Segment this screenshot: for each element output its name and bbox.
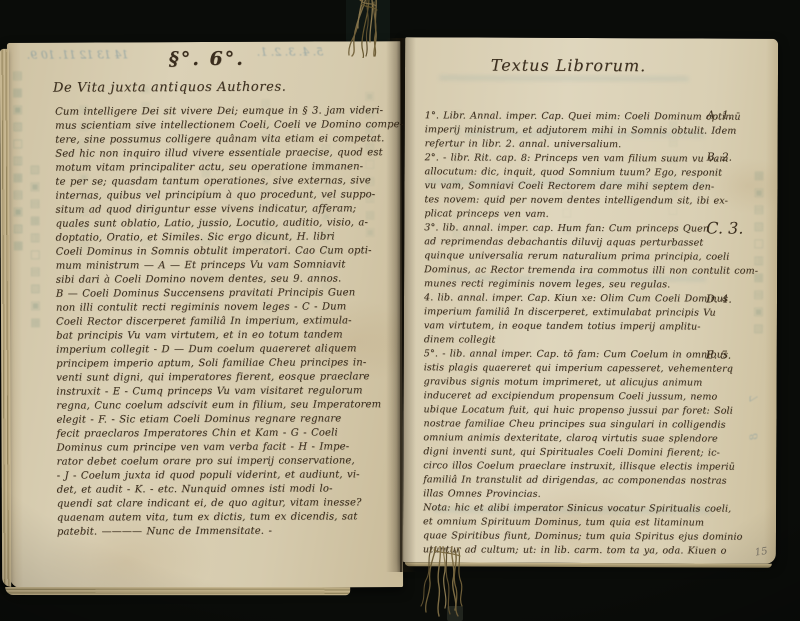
- margin-label-a1: A. 1.: [707, 109, 732, 122]
- left-page-title: De Vita juxta antiquos Authores.: [53, 80, 287, 96]
- photo-background: ▤▦▣▨□▥▦▤▣▨▦▨▣▤▦▥□▤▨▣▦▦▤▨□▣▥▤▦▨▣▦▥▤▨□▦▣▤▨…: [0, 0, 800, 621]
- left-page: ▤▦▣▨□▥▦▤▣▨▦▨▣▤▦▥□▤▨▣▦▦▤▨□▣▥▤▦▨▣▦▥▤▨□▦▣▤▨…: [7, 41, 403, 589]
- manuscript-line: 3°. lib. annal. imper. cap. Hum fan: Cum…: [424, 221, 744, 236]
- bleedthrough-chinese-column: ▨▣▤▦▥□▤▨▣▦: [28, 163, 42, 333]
- margin-label-b2: B. 2.: [707, 151, 733, 164]
- manuscript-line: imperium familiâ In discerperet, extimul…: [424, 305, 744, 320]
- spine-cloth-top: [346, 0, 390, 44]
- bleedthrough-chinese-columns-right: ▦▣▤▨□▥▦▤▣▨▤▨▦□▣▥▤▦▨▣▦▤□▦▥▨▦▤▣▨▥□▤▦: [405, 37, 778, 39]
- manuscript-line: Coeli Dominus in Somnis obtulit imperato…: [56, 244, 396, 259]
- manuscript-line: imperij ministrum, et adjutorem mihi in …: [425, 123, 745, 138]
- manuscript-line: instruxit - E - Cumq princeps Vu vam vis…: [56, 384, 396, 399]
- manuscript-line: mus scientiam sive intellectionem Coeli,…: [55, 118, 395, 133]
- section-mark: §°. 6°.: [127, 48, 287, 71]
- right-page-title: Textus Librorum.: [405, 55, 732, 75]
- manuscript-line: vam virtutem, in eoque tandem totius imp…: [424, 319, 744, 334]
- manuscript-line: quinque universalia rerum naturalium pri…: [424, 249, 744, 264]
- manuscript-line: allocutum: dic, inquit, quod Somnium tuu…: [425, 165, 745, 180]
- manuscript-line: non illi contulit recti regiminis novem …: [56, 300, 396, 315]
- manuscript-line: principem imperio aptum, Soli familiae C…: [56, 356, 396, 371]
- manuscript-line: Sed hic non inquiro illud vivere essenti…: [55, 146, 395, 161]
- manuscript-line: munes recti regiminis novem leges, seu r…: [424, 277, 744, 292]
- manuscript-line: quales sunt oblatio, Latio, jussio, Locu…: [56, 216, 396, 231]
- manuscript-line: patebit. ———— Nunc de Immensitate. -: [57, 524, 397, 539]
- manuscript-line: quendi sat clare indicant ei, de quo agi…: [57, 496, 397, 511]
- page-edge-stack-bottom: [5, 587, 350, 595]
- manuscript-line: doptatio, Oratio, et Similes. Sic ergo d…: [56, 230, 396, 245]
- manuscript-line: te per se; quasdam tantum operationes, s…: [55, 174, 395, 189]
- bleedthrough-chinese-column: ▤▦▣▨□▥▦▤▣▨▦: [11, 69, 25, 256]
- bleedthrough-chinese-column: ▦▣▤▨□▥▦▤▣▨: [752, 169, 766, 339]
- manuscript-line: refertur in libr. 2. annal. universalium…: [425, 137, 745, 152]
- manuscript-line: elegit - F. - Sic etiam Coeli Dominus re…: [56, 412, 396, 427]
- left-page-text: Cum intelligere Dei sit vivere Dei; eumq…: [55, 104, 397, 539]
- manuscript-line: 4. lib. annal. imper. Cap. Kiun xe: Olim…: [424, 291, 744, 306]
- manuscript-line: Dominus, ac Rector tremenda ira commotus…: [424, 263, 744, 278]
- manuscript-line: gravibus signis motum imprimeret, ut ali…: [424, 375, 744, 390]
- bleedthrough-ghost-line: [439, 75, 689, 81]
- manuscript-line: rator debet coelum orare pro sui imperij…: [57, 454, 397, 469]
- manuscript-line: bat principis Vu vam virtutem, et in eo …: [56, 328, 396, 343]
- manuscript-line: regna, Cunc coelum adscivit eum in filiu…: [56, 398, 396, 413]
- manuscript-line: motum vitam principaliter actu, seu oper…: [55, 160, 395, 175]
- manuscript-line: det, et audit - K. - etc. Nunquid omnes …: [57, 482, 397, 497]
- manuscript-line: omnium animis dexteritate, claroq virtut…: [423, 431, 743, 446]
- margin-label-c3: C. 3.: [706, 219, 743, 238]
- manuscript-line: circo illos Coelum praeclare instruxit, …: [423, 459, 743, 474]
- manuscript-line: B — Coeli Dominus Succensens pravitati P…: [56, 286, 396, 301]
- bleedthrough-numbers: 7 8: [747, 395, 760, 455]
- right-page: ▦▣▤▨□▥▦▤▣▨▤▨▦□▣▥▤▦▨▣▦▤□▦▥▨▦▤▣▨▥□▤▦ 7 8 T…: [403, 37, 778, 564]
- manuscript-line: illas Omnes Provincias.: [423, 487, 743, 502]
- manuscript-line: induceret ad excipiendum propensum Coeli…: [424, 389, 744, 404]
- manuscript-line: 5°. - lib. annal imper. Cap. tō fam: Cum…: [424, 347, 744, 362]
- manuscript-line: digni inventi sunt, qui Spirituales Coel…: [423, 445, 743, 460]
- manuscript-line: et omnium Spirituum Dominus, tum quia es…: [423, 515, 743, 530]
- pencil-page-number: 15: [754, 546, 768, 559]
- right-page-text: 1°. Libr. Annal. imper. Cap. Quei mim: C…: [423, 109, 745, 558]
- manuscript-line: quaenam autem vita, tum ex dictis, tum e…: [57, 510, 397, 525]
- manuscript-line: tes novem: quid per novem dentes intelli…: [424, 193, 744, 208]
- manuscript-line: - J - Coelum juxta id quod populi videri…: [57, 468, 397, 483]
- manuscript-line: tere, sine possumus colligere quânam vit…: [55, 132, 395, 147]
- manuscript-line: 1°. Libr. Annal. imper. Cap. Quei mim: C…: [425, 109, 745, 124]
- manuscript-line: istis plagis quaereret qui imperium cape…: [424, 361, 744, 376]
- manuscript-line: quae Spiritibus fiunt, Dominus; tum quia…: [423, 529, 743, 544]
- manuscript-line: plicat princeps ven vam.: [424, 207, 744, 222]
- manuscript-line: Nota: hic et alibi imperator Sinicus voc…: [423, 501, 743, 516]
- bleedthrough-chinese-columns-left: ▤▦▣▨□▥▦▤▣▨▦▨▣▤▦▥□▤▨▣▦▦▤▨□▣▥▤▦▨▣▦▥▤▨□▦▣▤▨…: [7, 41, 401, 43]
- manuscript-line: Coeli Rector discerperet familiâ In impe…: [56, 314, 396, 329]
- page-edge-stack-left: [0, 49, 11, 587]
- manuscript-line: ad reprimendas debachantis diluvij aquas…: [424, 235, 744, 250]
- manuscript-line: venti sunt digni, qui imperatores fieren…: [56, 370, 396, 385]
- manuscript-line: internas, quibus vel principium à quo pr…: [55, 188, 395, 203]
- margin-label-d4: D. 4.: [706, 293, 732, 306]
- manuscript-line: utuntur ad cultum; ut: in lib. carm. tom…: [423, 543, 743, 558]
- manuscript-line: sibi dari à Coeli Domino novem dentes, s…: [56, 272, 396, 287]
- manuscript-line: vu vam, Somniavi Coeli Rectorem dare mih…: [424, 179, 744, 194]
- manuscript-line: Cum intelligere Dei sit vivere Dei; eumq…: [55, 104, 395, 119]
- manuscript-line: familiâ In transtulit ad dirigendas, ac …: [423, 473, 743, 488]
- book-cradle-post: [447, 606, 463, 621]
- manuscript-line: mum ministrum — A — Et princeps Vu vam S…: [56, 258, 396, 273]
- manuscript-line: dinem collegit: [424, 333, 744, 348]
- manuscript-line: imperium collegit - D — Dum coelum quaer…: [56, 342, 396, 357]
- manuscript-line: 2°. - libr. Rit. cap. 8: Princeps ven va…: [425, 151, 745, 166]
- margin-label-e5: E. 5.: [706, 349, 732, 362]
- manuscript-line: fecit praeclaros Imperatores Chin et Kam…: [56, 426, 396, 441]
- manuscript-line: nostrae familiae Cheu principes sua sing…: [423, 417, 743, 432]
- manuscript-line: Dominus cum principe ven vam verba facit…: [57, 440, 397, 455]
- manuscript-line: situm ad quod diriguntur esse vivens ind…: [56, 202, 396, 217]
- manuscript-line: ubique Locatum fuit, qui huic propenso j…: [423, 403, 743, 418]
- bleedthrough-numbers: 14 13 12 11. 10 9.: [27, 48, 129, 61]
